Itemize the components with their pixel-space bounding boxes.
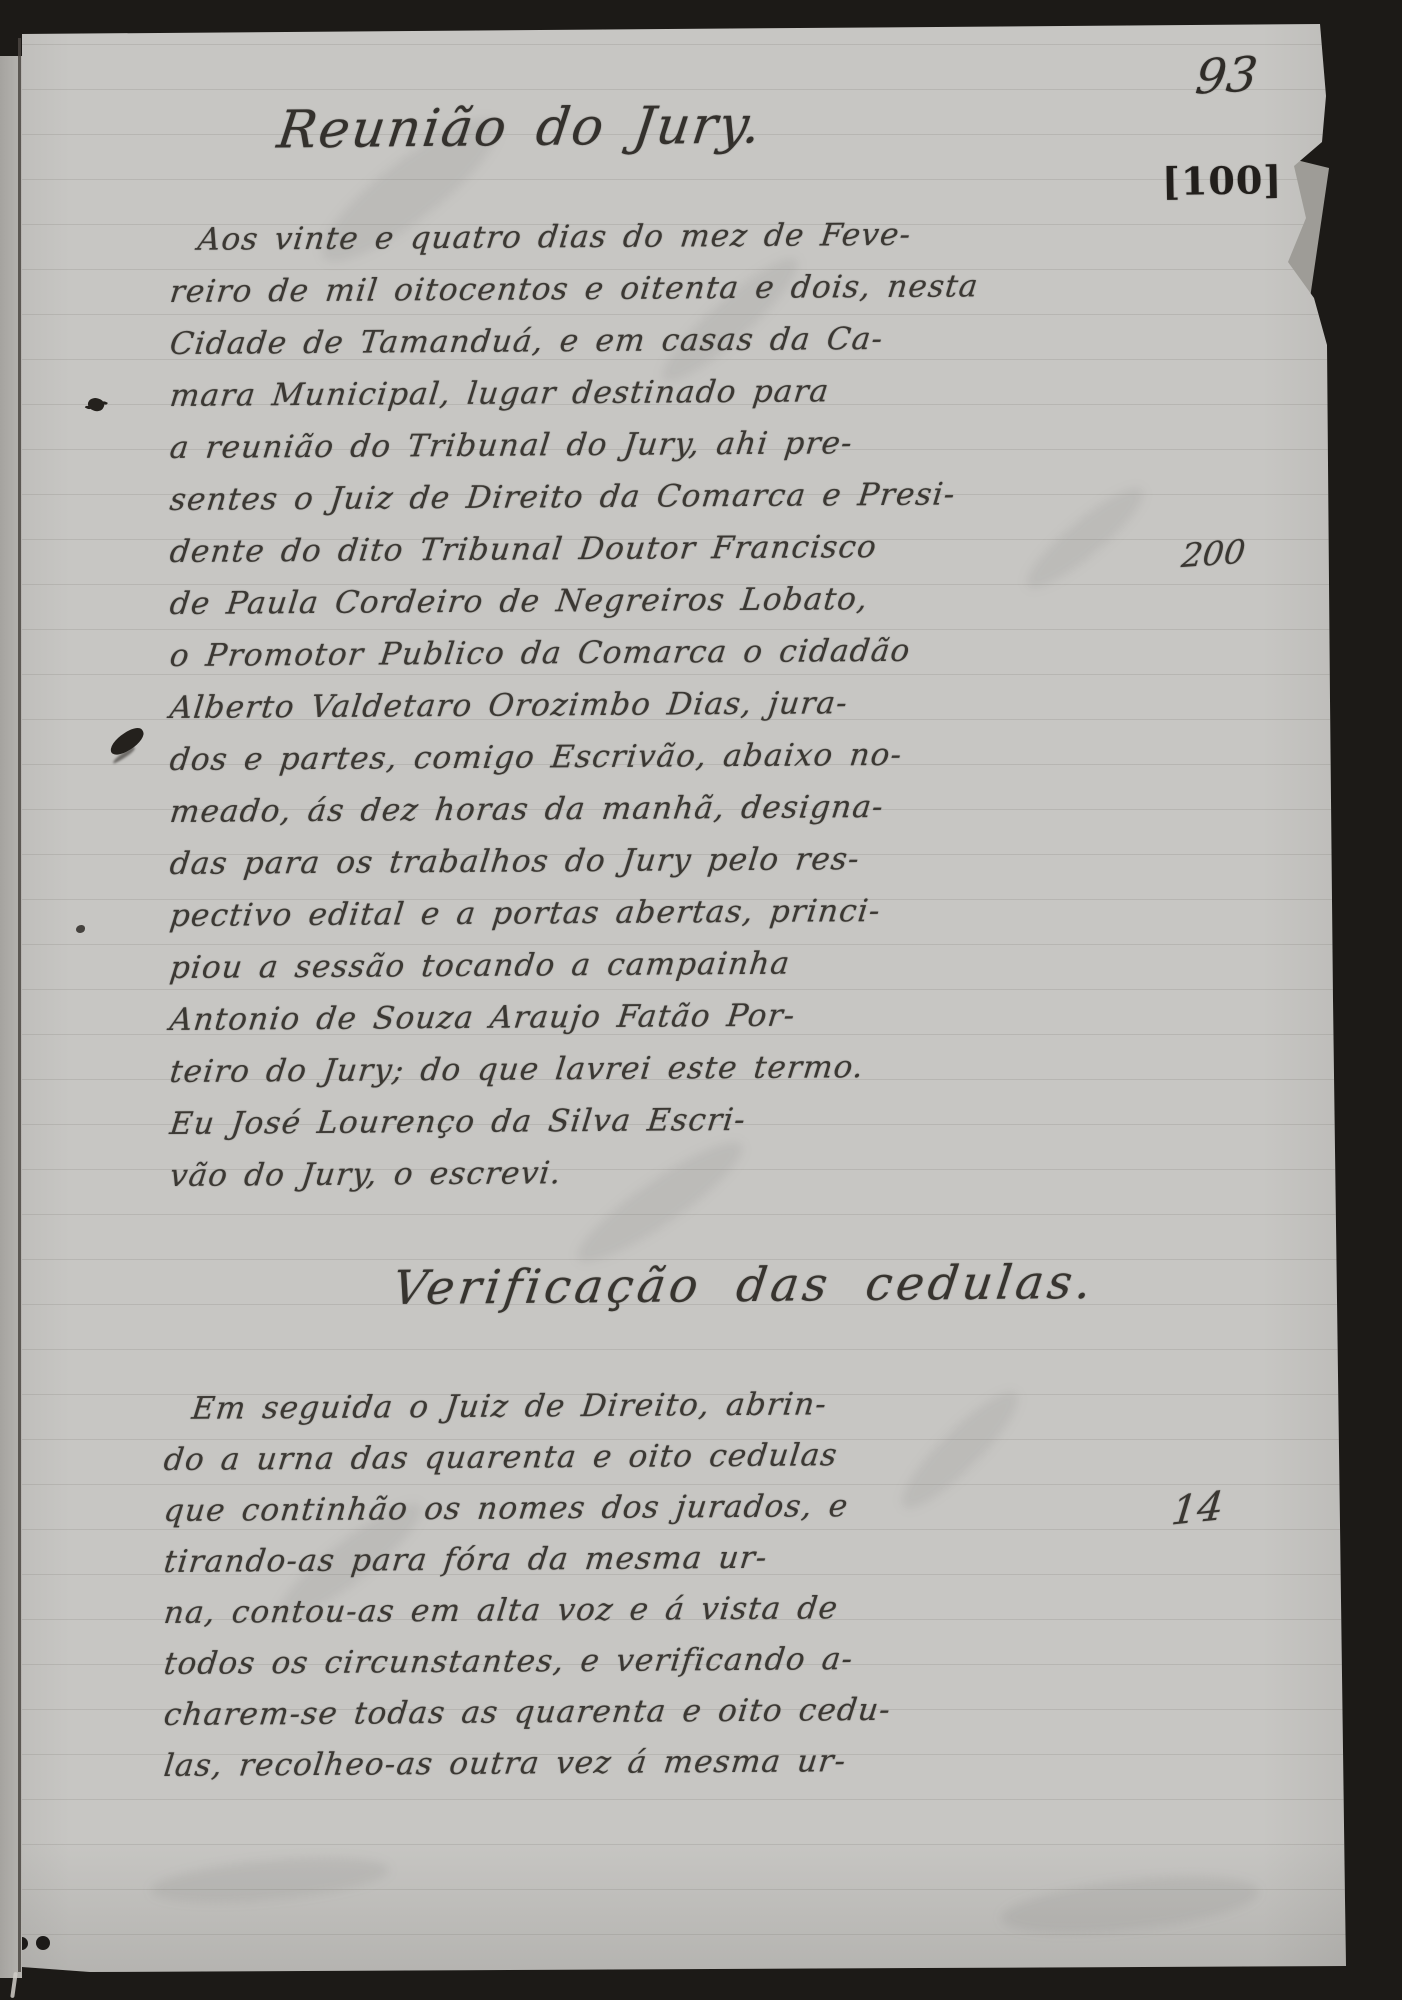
text-line: vão do Jury, o escrevi. [167,1143,1134,1202]
text-line: dos e partes, comigo Escrivão, abaixo no… [167,727,1134,786]
text-line: das para os trabalhos do Jury pelo res- [167,831,1134,890]
text-line: do a urna das quarenta e oito cedulas [161,1428,1148,1486]
text-line: reiro de mil oitocentos e oitenta e dois… [167,259,1134,318]
text-line: Cidade de Tamanduá, e em casas da Ca- [167,311,1134,370]
text-line: que continhão os nomes dos jurados, e [161,1479,1148,1537]
text-line: o Promotor Publico da Comarca o cidadão [167,623,1134,682]
text-line: de Paula Cordeiro de Negreiros Lobato, [167,571,1134,630]
text-line: las, recolheo-as outra vez á mesma ur- [161,1734,1148,1792]
text-line: mara Municipal, lugar destinado para [167,363,1134,422]
text-line: todos os circunstantes, e verificando a- [161,1632,1148,1690]
text-line: pectivo edital e a portas abertas, princ… [167,883,1134,942]
text-line: Em seguida o Juiz de Direito, abrin- [161,1377,1148,1435]
paragraph-reuniao: Aos vinte e quatro dias do mez de Feve- … [170,214,1130,1202]
folio-number: 93 [1193,46,1260,105]
text-line: Eu José Lourenço da Silva Escri- [167,1091,1134,1150]
section-heading-verificacao: Verificação das cedulas. [380,1255,1108,1316]
text-line: tirando-as para fóra da mesma ur- [161,1530,1148,1588]
text-line: meado, ás dez horas da manhã, designa- [167,779,1134,838]
paper-sheet: 93 [100] Reunião do Jury. 200 Aos vinte … [0,0,1402,2000]
margin-note: 14 [1169,1483,1226,1534]
text-line: Antonio de Souza Araujo Fatão Por- [167,987,1134,1046]
text-line: dente do dito Tribunal Doutor Francisco [167,519,1134,578]
scanned-manuscript-page: 93 [100] Reunião do Jury. 200 Aos vinte … [0,0,1402,2000]
text-line: sentes o Juiz de Direito da Comarca e Pr… [167,467,1134,526]
text-line: Alberto Valdetaro Orozimbo Dias, jura- [167,675,1134,734]
page-crease-line [18,38,21,1972]
text-line: a reunião do Tribunal do Jury, ahi pre- [167,415,1134,474]
archival-number-stamp: [100] [1162,157,1283,204]
text-line: Aos vinte e quatro dias do mez de Feve- [167,207,1134,266]
text-line: na, contou-as em alta voz e á vista de [161,1581,1148,1639]
paragraph-verificacao: Em seguida o Juiz de Direito, abrin- do … [164,1384,1144,1792]
binding-hole [36,1936,50,1950]
text-line: piou a sessão tocando a campainha [167,935,1134,994]
margin-note: 200 [1180,532,1248,575]
text-line: teiro do Jury; do que lavrei este termo. [167,1039,1134,1098]
text-line: charem-se todas as quarenta e oito cedu- [161,1683,1148,1741]
section-heading-reuniao: Reunião do Jury. [236,95,805,161]
